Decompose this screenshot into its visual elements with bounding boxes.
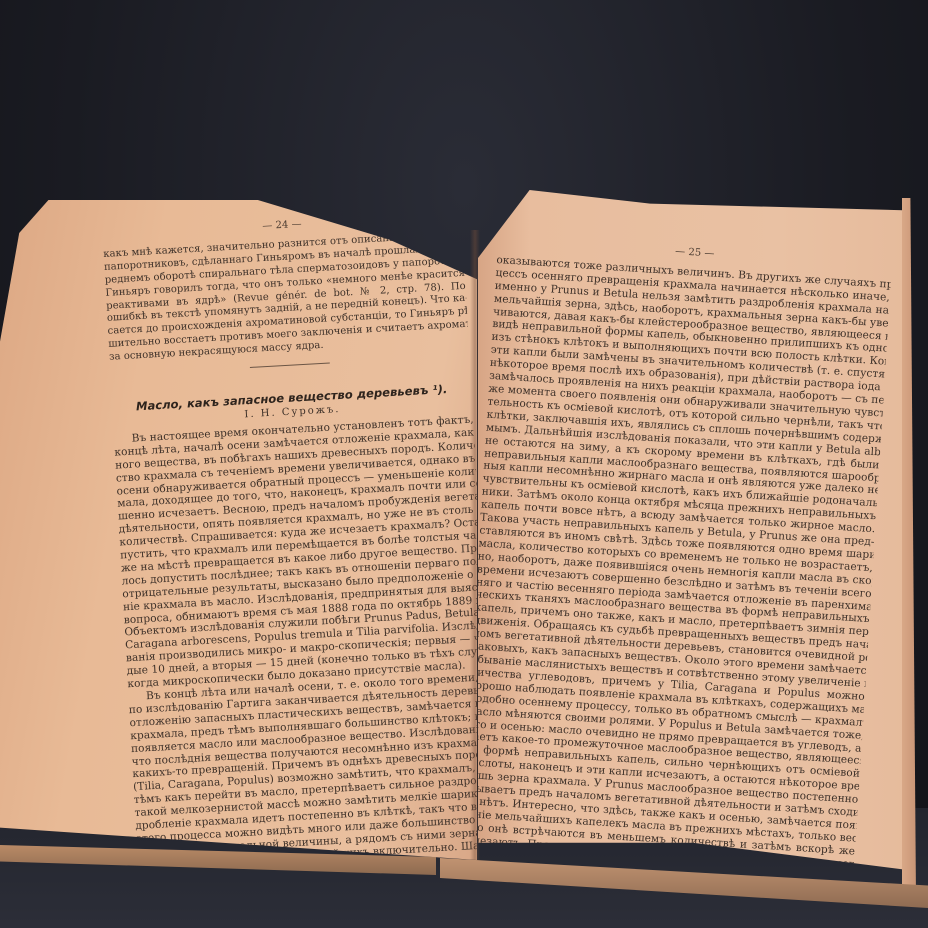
page-stack-edge <box>902 198 916 898</box>
article-body: Въ настоящее время окончательно установл… <box>113 413 477 860</box>
right-page: — 25 — оказываются тоже различныхъ велич… <box>478 190 908 870</box>
intro-paragraph: какъ мнѣ кажется, значительно разнится о… <box>103 229 469 365</box>
section-divider <box>250 363 330 368</box>
right-page-bottom-edge <box>440 858 928 908</box>
page-body: оказываются тоже различныхъ величинъ. Въ… <box>478 254 891 870</box>
right-page-text: — 25 — оказываются тоже различныхъ велич… <box>478 235 892 870</box>
left-page: — 24 — какъ мнѣ кажется, значительно раз… <box>0 200 477 860</box>
open-book: — 24 — какъ мнѣ кажется, значительно раз… <box>0 0 928 928</box>
left-page-text: — 24 — какъ мнѣ кажется, значительно раз… <box>102 210 477 860</box>
